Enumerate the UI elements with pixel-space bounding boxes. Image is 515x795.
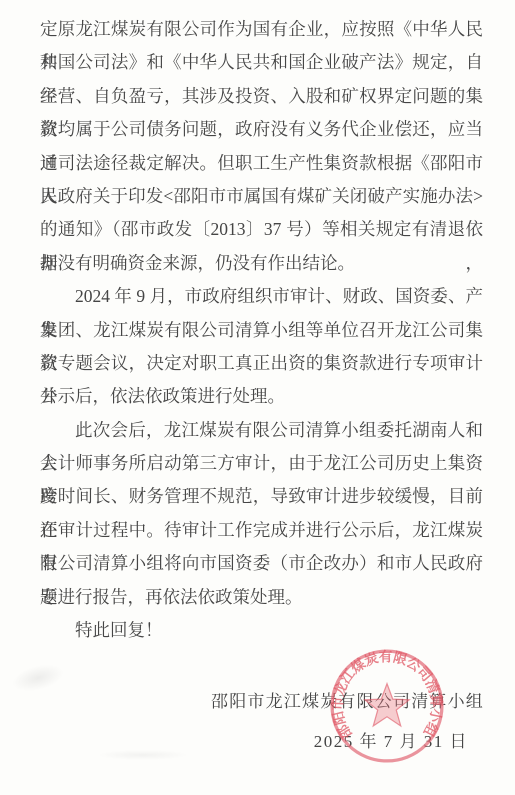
body-line: 款专题会议，决定对职工真正出资的集资款进行专项审计并 [40,347,483,380]
body-line: 在审计过程中。待审计工作完成并进行公示后，龙江煤炭有 [40,514,483,547]
document-page: 定原龙江煤炭有限公司作为国有企业，应按照《中华人民共和国公司法》和《中华人民共和… [0,0,515,795]
body-line: 过司法途径裁定解决。但职工生产性集资款根据《邵阳市人 [40,147,483,180]
body-line: 和国公司法》和《中华人民共和国企业破产法》规定，自主 [40,46,483,79]
body-line: 的通知》（邵市政发〔2013〕37 号）等相关规定有清退依据， [40,213,483,246]
document-body: 定原龙江煤炭有限公司作为国有企业，应按照《中华人民共和国公司法》和《中华人民共和… [40,13,483,647]
signature-date: 2025 年 7 月 31 日 [314,727,468,752]
body-line: 题进行报告，再依法依政策处理。 [40,581,483,614]
body-line: 会计师事务所启动第三方审计，由于龙江公司历史上集资跨 [40,447,483,480]
body-line: 民政府关于印发<邵阳市市属国有煤矿关闭破产实施办法> [40,180,483,213]
body-line: 款均属于公司债务问题，政府没有义务代企业偿还，应当通 [40,113,483,146]
scan-smudge [98,750,188,760]
body-line: 公示后，依法依政策进行处理。 [40,380,483,413]
body-line: 限公司清算小组将向市国资委（市企改办）和市人民政府专 [40,547,483,580]
body-line: 2024 年 9 月，市政府组织市审计、财政、国资委、产发 [40,280,483,313]
body-line: 特此回复！ [40,614,483,647]
scan-smudge [10,660,66,696]
body-line: 度时间长、财务管理不规范，导致审计进步较缓慢，目前还 [40,480,483,513]
body-line: 经营、自负盈亏，其涉及投资、入股和矿权界定问题的集资 [40,80,483,113]
signature-org: 邵阳市龙江煤炭有限公司清算小组 [211,687,484,712]
body-line: 定原龙江煤炭有限公司作为国有企业，应按照《中华人民共 [40,13,483,46]
body-line: 集团、龙江煤炭有限公司清算小组等单位召开龙江公司集资 [40,314,483,347]
body-line: 此次会后，龙江煤炭有限公司清算小组委托湖南人和人 [40,414,483,447]
